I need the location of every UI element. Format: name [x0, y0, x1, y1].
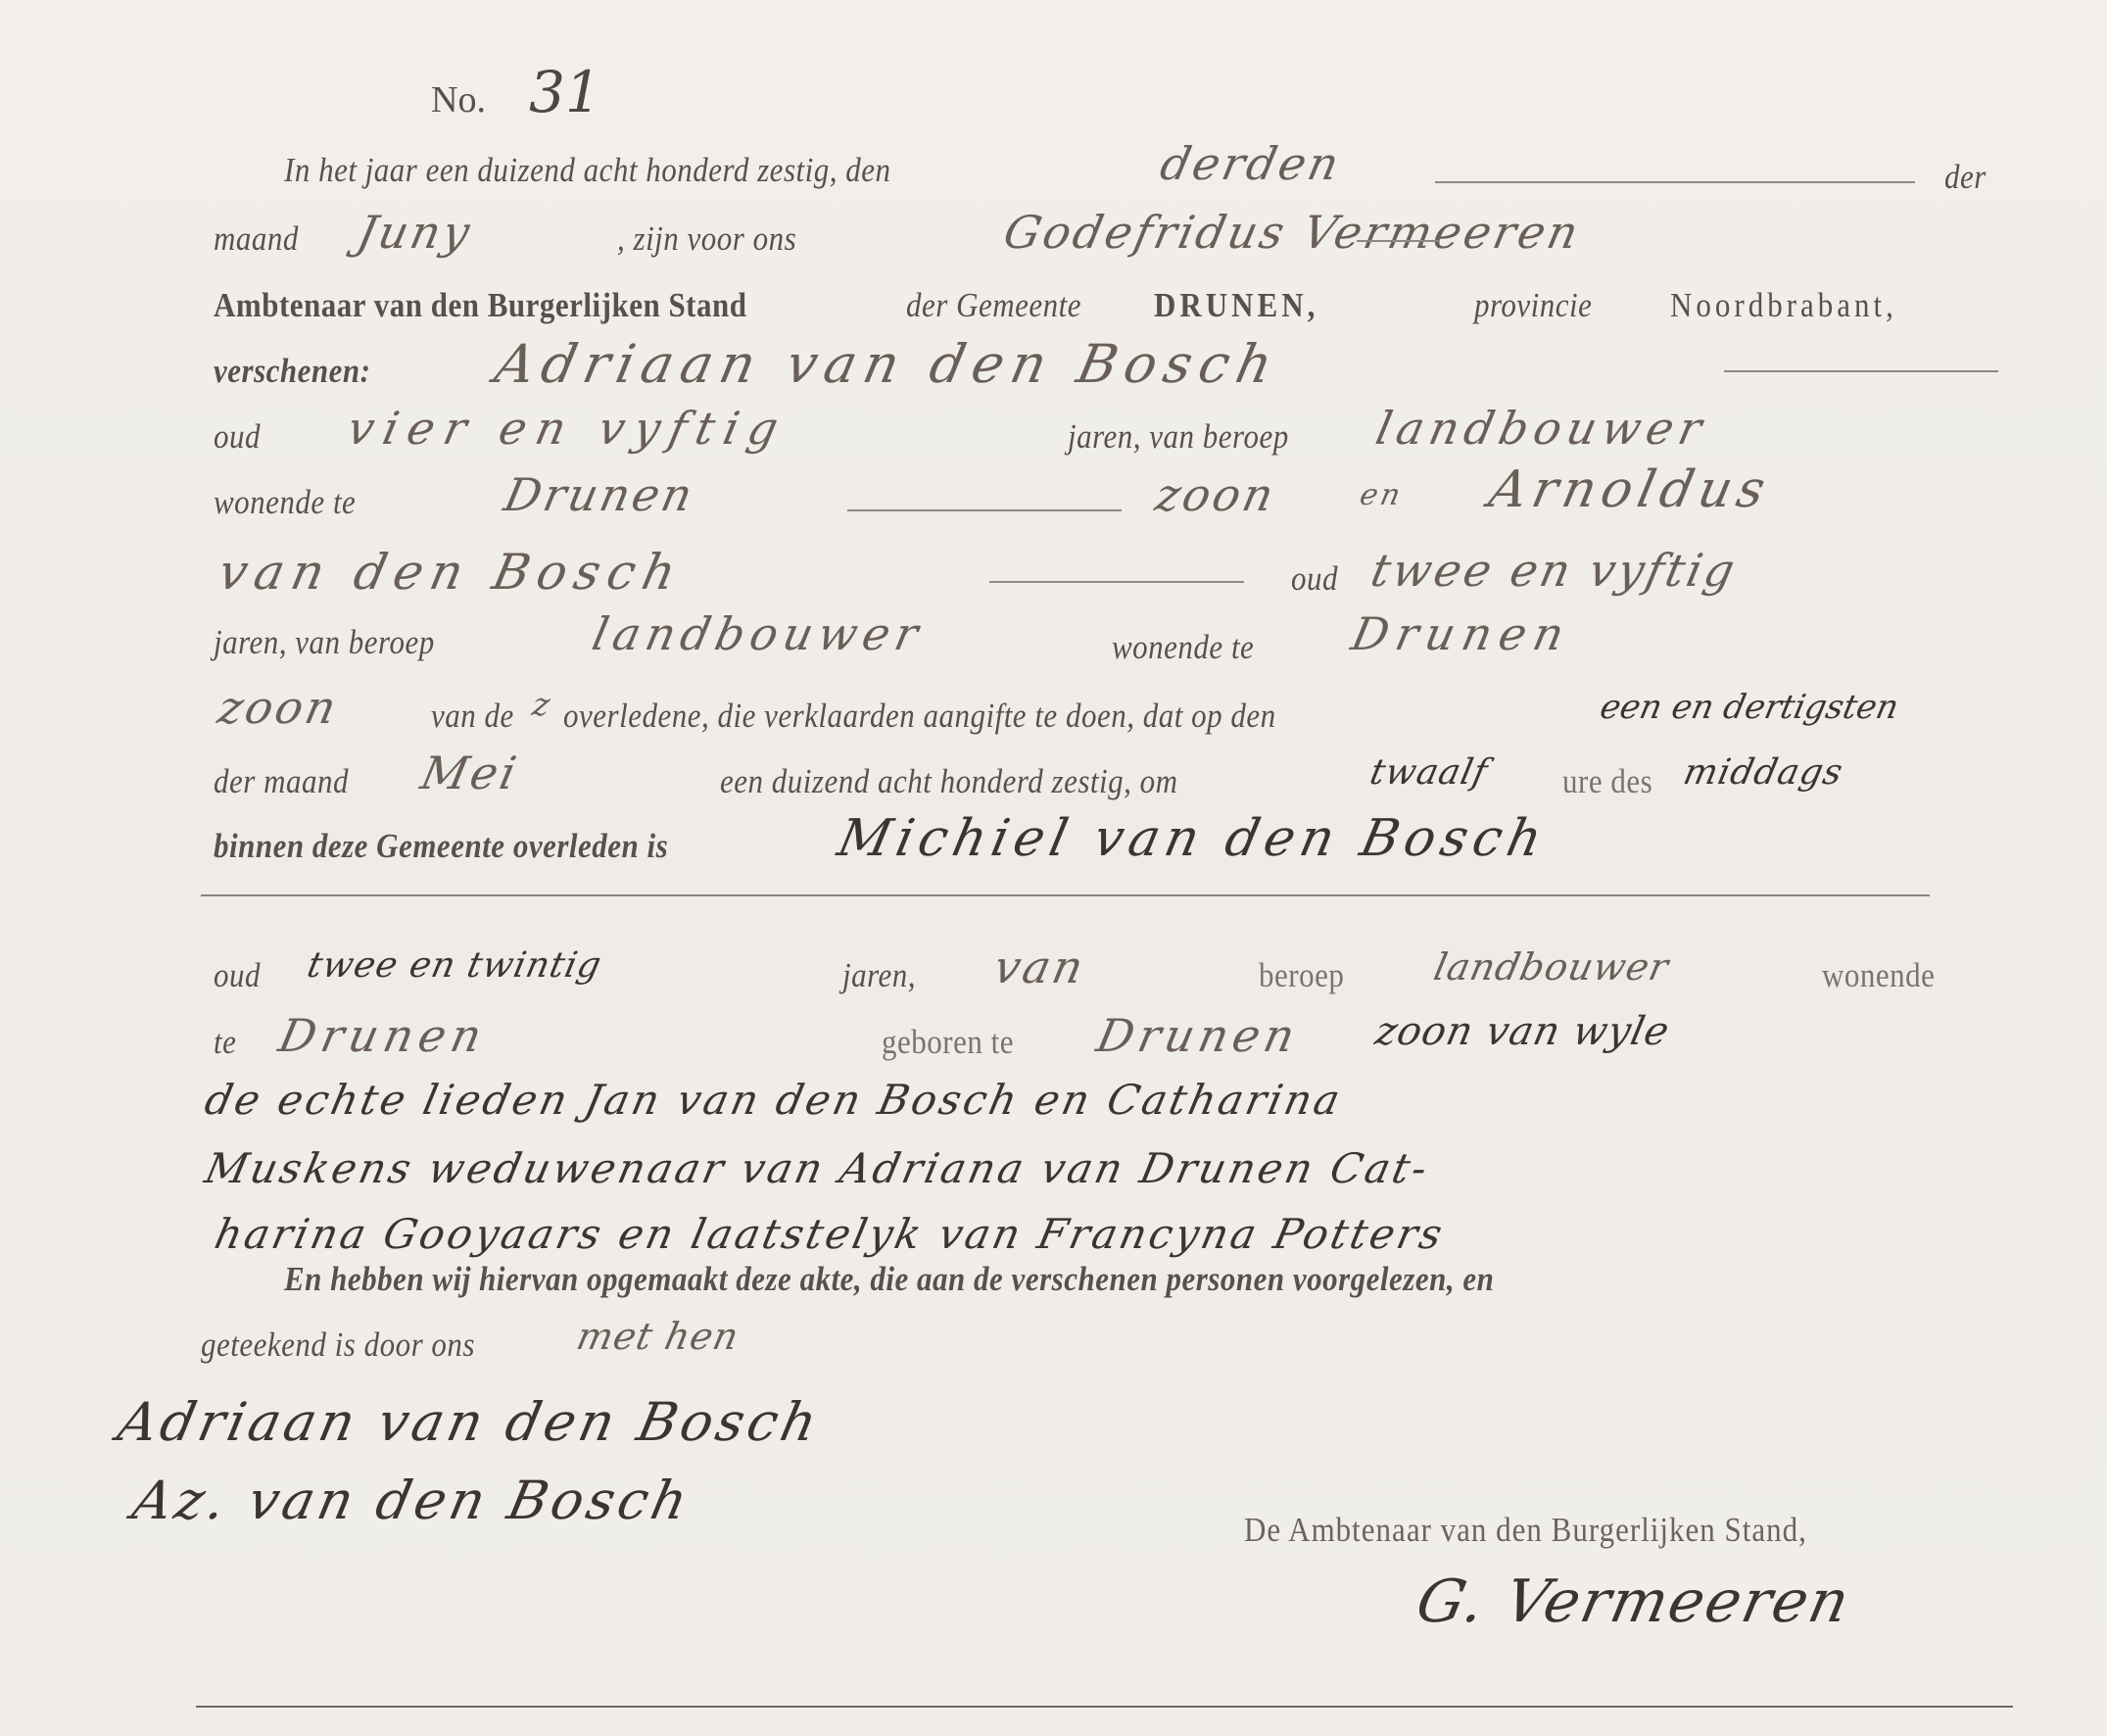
death-record-page: No. 31 In het jaar een duizend acht hond…: [0, 0, 2107, 1736]
handwritten-deceased-name: Michiel van den Bosch: [833, 809, 1553, 868]
signature-official: G. Vermeeren: [1411, 1567, 1857, 1636]
printed-text: , zijn voor ons: [617, 219, 796, 259]
handwritten-spouses: harina Gooyaars en laatstelyk van Francy…: [211, 1210, 1450, 1258]
printed-text: ure des: [1562, 762, 1652, 801]
signature-declarant-2: Az. van den Bosch: [127, 1470, 696, 1531]
handwritten-marital-status: Muskens weduwenaar van Adriana van Drune…: [201, 1144, 1434, 1192]
handwritten-residence-2: Drunen: [1347, 607, 1576, 660]
printed-text: overledene, die verklaarden aangifte te …: [563, 697, 1276, 736]
fill-line: [1724, 370, 1998, 372]
printed-text: oud: [214, 417, 261, 457]
printed-text: maand: [214, 219, 299, 259]
handwritten-correction: z: [529, 686, 556, 723]
printed-text: jaren, van beroep: [1068, 417, 1289, 457]
handwritten-declarant-1: Adriaan van den Bosch: [490, 333, 1285, 395]
handwritten-occupation-2: landbouwer: [588, 607, 929, 660]
handwritten-death-month: Mei: [416, 747, 524, 799]
printed-text: geteekend is door ons: [201, 1326, 475, 1365]
handwritten-text: zoon van wyle: [1371, 1009, 1674, 1054]
printed-text: Ambtenaar van den Burgerlijken Stand: [214, 286, 747, 325]
municipality-name: DRUNEN,: [1154, 286, 1318, 325]
bottom-divider: [196, 1706, 2013, 1708]
official-title: De Ambtenaar van den Burgerlijken Stand,: [1244, 1511, 1807, 1550]
handwritten-day: derden: [1156, 137, 1346, 190]
printed-text: wonende te: [214, 483, 356, 522]
printed-text: En hebben wij hiervan opgemaakt deze akt…: [284, 1260, 1494, 1299]
printed-text: van de: [431, 697, 514, 736]
handwritten-age-2: twee en vyftig: [1366, 544, 1743, 597]
printed-text: In het jaar een duizend acht honderd zes…: [284, 151, 891, 190]
handwritten-deceased-occupation: landbouwer: [1430, 945, 1673, 989]
handwritten-relation-1: zoon: [1151, 468, 1281, 521]
handwritten-death-day: een en dertigsten: [1597, 688, 1902, 727]
fill-line: [989, 581, 1244, 583]
handwritten-text: van: [989, 940, 1091, 993]
printed-text: beroep: [1259, 956, 1344, 995]
printed-text: geboren te: [882, 1023, 1014, 1062]
printed-text: verschenen:: [214, 352, 370, 391]
signature-declarant-1: Adriaan van den Bosch: [113, 1391, 826, 1453]
record-number-value: 31: [529, 59, 601, 125]
printed-text: oud: [1291, 559, 1338, 599]
fill-line: [847, 509, 1122, 511]
record-number-label: No.: [431, 78, 486, 121]
printed-text: oud: [214, 956, 261, 995]
handwritten-residence-1: Drunen: [500, 468, 699, 521]
handwritten-age-1: vier en vyftig: [343, 402, 792, 455]
printed-text: der: [1944, 158, 1987, 197]
handwritten-death-hour: twaalf: [1366, 752, 1492, 793]
printed-text: provincie: [1474, 286, 1592, 325]
printed-text: wonende: [1822, 956, 1935, 995]
handwritten-month: Juny: [353, 206, 477, 259]
handwritten-text: met hen: [573, 1315, 743, 1358]
printed-text: een duizend acht honderd zestig, om: [720, 762, 1178, 801]
fill-line: [1357, 240, 1440, 242]
handwritten-declarant-2-first: Arnoldus: [1484, 460, 1776, 519]
handwritten-official-name: Godefridus Vermeeren: [999, 206, 1586, 259]
fill-line: [1435, 181, 1915, 183]
handwritten-time-of-day: middags: [1680, 752, 1846, 793]
handwritten-deceased-residence: Drunen: [274, 1009, 492, 1062]
province-name: Noordbrabant,: [1670, 286, 1897, 325]
printed-text: te: [214, 1023, 236, 1062]
printed-text: der Gemeente: [906, 286, 1081, 325]
handwritten-parents: de echte lieden Jan van den Bosch en Cat…: [201, 1076, 1347, 1124]
handwritten-declarant-2-last: van den Bosch: [214, 544, 689, 601]
section-divider: [201, 894, 1930, 896]
handwritten-relation-2: zoon: [214, 681, 344, 734]
handwritten-occupation-1: landbouwer: [1371, 402, 1712, 455]
printed-text: jaren,: [842, 956, 916, 995]
handwritten-and: en: [1357, 478, 1407, 512]
printed-text: wonende te: [1112, 628, 1254, 667]
handwritten-birthplace: Drunen: [1092, 1009, 1304, 1062]
printed-text: jaren, van beroep: [214, 623, 435, 662]
printed-text: binnen deze Gemeente overleden is: [214, 827, 668, 866]
printed-text: der maand: [214, 762, 349, 801]
handwritten-deceased-age: twee en twintig: [304, 945, 605, 986]
